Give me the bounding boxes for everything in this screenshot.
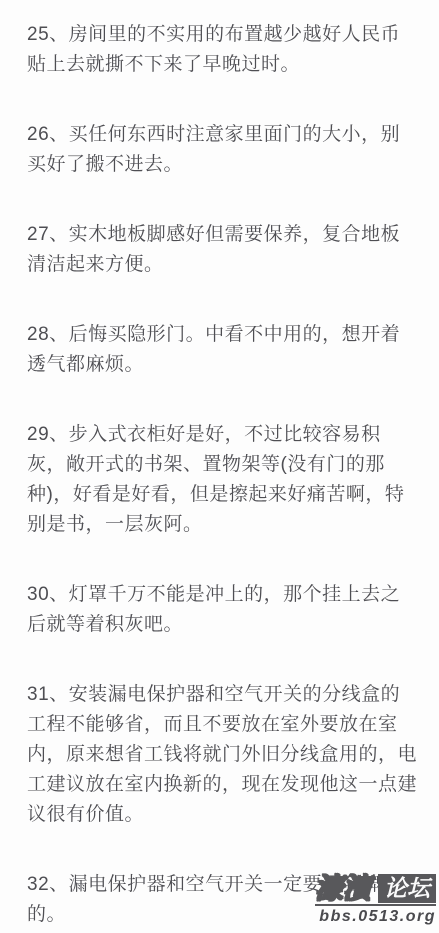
tip-paragraph-25: 25、房间里的不实用的布置越少越好人民币 贴上去就撕不下来了早晚过时。 bbox=[27, 20, 419, 80]
tip-paragraph-27: 27、实木地板脚感好但需要保养，复合地板 清洁起来方便。 bbox=[27, 220, 419, 280]
tip-paragraph-28: 28、后悔买隐形门。中看不中用的，想开着 透气都麻烦。 bbox=[27, 320, 419, 380]
tip-paragraph-29: 29、步入式衣柜好是好，不过比较容易积 灰，敞开式的书架、置物架等(没有门的那 … bbox=[27, 420, 419, 540]
watermark-logo-row: 濠濱 论坛 bbox=[315, 874, 436, 906]
watermark-url: bbs.0513.org bbox=[315, 908, 436, 926]
watermark-site-name: 濠濱 bbox=[315, 875, 371, 903]
tip-paragraph-26: 26、买任何东西时注意家里面门的大小，别 买好了搬不进去。 bbox=[27, 120, 419, 180]
tip-paragraph-30: 30、灯罩千万不能是冲上的，那个挂上去之 后就等着积灰吧。 bbox=[27, 580, 419, 640]
watermark-forum-badge: 论坛 bbox=[378, 874, 436, 903]
tips-page: 25、房间里的不实用的布置越少越好人民币 贴上去就撕不下来了早晚过时。 26、买… bbox=[0, 0, 439, 933]
tip-paragraph-31: 31、安装漏电保护器和空气开关的分线盒的 工程不能够省，而且不要放在室外要放在室… bbox=[27, 680, 419, 830]
forum-watermark: 濠濱 论坛 bbs.0513.org bbox=[315, 874, 436, 926]
